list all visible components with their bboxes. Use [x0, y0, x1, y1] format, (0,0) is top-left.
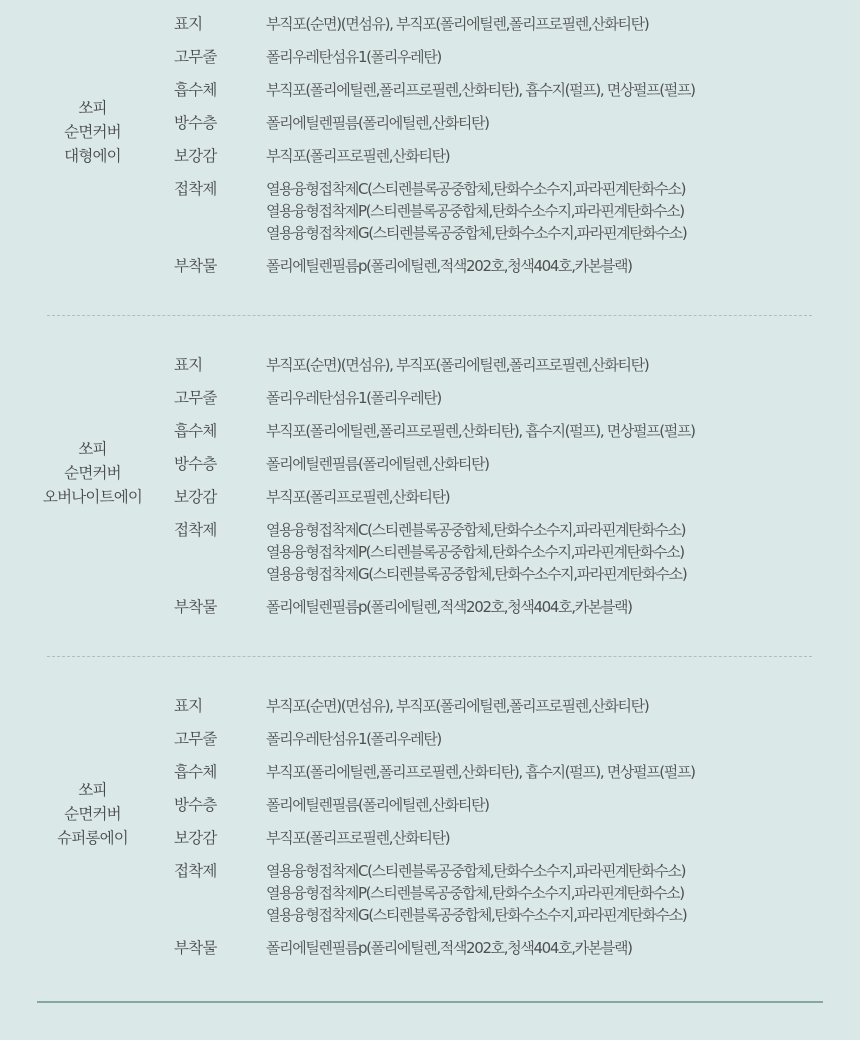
row-value: 폴리우레탄섬유1(폴리우레탄)	[266, 387, 441, 409]
row-value-line: 부직포(순면)(면섬유), 부직포(폴리에틸렌,폴리프로필렌,산화티탄)	[266, 13, 648, 35]
row-value: 폴리에틸렌필름p(폴리에틸렌,적색202호,청색404호,카본블랙)	[266, 255, 632, 277]
row-value-line: 열용융형접착제G(스티렌블록공중합체,탄화수소수지,파라핀계탄화수소)	[266, 904, 686, 926]
row-label: 방수층	[174, 112, 217, 134]
row-value-line: 폴리에틸렌필름p(폴리에틸렌,적색202호,청색404호,카본블랙)	[266, 596, 632, 618]
row-label: 방수층	[174, 453, 217, 475]
product-name: 쏘피 순면커버 오버나이트에이	[30, 437, 155, 509]
row-value-line: 부직포(폴리에틸렌,폴리프로필렌,산화티탄), 흡수지(펄프), 면상펄프(펄프…	[266, 761, 695, 783]
row-value-line: 폴리우레탄섬유1(폴리우레탄)	[266, 387, 441, 409]
row-value: 폴리우레탄섬유1(폴리우레탄)	[266, 46, 441, 68]
row-label: 고무줄	[174, 728, 217, 750]
row-value-line: 열용융형접착제C(스티렌블록공중합체,탄화수소수지,파라핀계탄화수소)	[266, 519, 686, 541]
row-value: 폴리에틸렌필름(폴리에틸렌,산화티탄)	[266, 794, 489, 816]
row-label: 표지	[174, 13, 202, 35]
row-label: 부착물	[174, 255, 217, 277]
row-label: 흡수체	[174, 761, 217, 783]
row-value-line: 부직포(폴리에틸렌,폴리프로필렌,산화티탄), 흡수지(펄프), 면상펄프(펄프…	[266, 420, 695, 442]
row-value: 부직포(순면)(면섬유), 부직포(폴리에틸렌,폴리프로필렌,산화티탄)	[266, 695, 648, 717]
row-value-line: 폴리에틸렌필름(폴리에틸렌,산화티탄)	[266, 453, 489, 475]
product-name-line: 쏘피	[30, 778, 155, 802]
row-value-line: 부직포(폴리프로필렌,산화티탄)	[266, 827, 449, 849]
product-name-line: 순면커버	[30, 802, 155, 826]
row-value-line: 폴리에틸렌필름p(폴리에틸렌,적색202호,청색404호,카본블랙)	[266, 255, 632, 277]
product-name-line: 오버나이트에이	[30, 485, 155, 509]
row-label: 방수층	[174, 794, 217, 816]
row-label: 표지	[174, 695, 202, 717]
row-value: 폴리에틸렌필름(폴리에틸렌,산화티탄)	[266, 112, 489, 134]
row-value: 부직포(폴리에틸렌,폴리프로필렌,산화티탄), 흡수지(펄프), 면상펄프(펄프…	[266, 79, 695, 101]
row-label: 고무줄	[174, 46, 217, 68]
product-name-line: 쏘피	[30, 96, 155, 120]
product-name: 쏘피 순면커버 슈퍼롱에이	[30, 778, 155, 850]
row-value: 부직포(폴리프로필렌,산화티탄)	[266, 827, 449, 849]
row-label: 접착제	[174, 860, 217, 882]
row-value: 폴리에틸렌필름p(폴리에틸렌,적색202호,청색404호,카본블랙)	[266, 596, 632, 618]
row-value-line: 열용융형접착제P(스티렌블록공중합체,탄화수소수지,파라핀계탄화수소)	[266, 541, 686, 563]
row-value: 열용융형접착제C(스티렌블록공중합체,탄화수소수지,파라핀계탄화수소) 열용융형…	[266, 178, 686, 244]
bottom-divider	[37, 1001, 823, 1003]
row-label: 고무줄	[174, 387, 217, 409]
row-value: 부직포(폴리프로필렌,산화티탄)	[266, 145, 449, 167]
row-value-line: 열용융형접착제C(스티렌블록공중합체,탄화수소수지,파라핀계탄화수소)	[266, 178, 686, 200]
row-value: 부직포(폴리프로필렌,산화티탄)	[266, 486, 449, 508]
row-value-line: 폴리우레탄섬유1(폴리우레탄)	[266, 46, 441, 68]
row-value-line: 열용융형접착제C(스티렌블록공중합체,탄화수소수지,파라핀계탄화수소)	[266, 860, 686, 882]
row-value: 부직포(순면)(면섬유), 부직포(폴리에틸렌,폴리프로필렌,산화티탄)	[266, 13, 648, 35]
row-value-line: 열용융형접착제G(스티렌블록공중합체,탄화수소수지,파라핀계탄화수소)	[266, 222, 686, 244]
row-label: 보강감	[174, 827, 217, 849]
row-value: 폴리에틸렌필름(폴리에틸렌,산화티탄)	[266, 453, 489, 475]
row-label: 부착물	[174, 596, 217, 618]
product-name-line: 순면커버	[30, 461, 155, 485]
row-value: 열용융형접착제C(스티렌블록공중합체,탄화수소수지,파라핀계탄화수소) 열용융형…	[266, 519, 686, 585]
product-name-line: 슈퍼롱에이	[30, 826, 155, 850]
row-label: 접착제	[174, 519, 217, 541]
row-value-line: 부직포(폴리프로필렌,산화티탄)	[266, 145, 449, 167]
section-divider	[47, 315, 812, 316]
row-label: 표지	[174, 354, 202, 376]
row-label: 접착제	[174, 178, 217, 200]
row-value-line: 열용융형접착제G(스티렌블록공중합체,탄화수소수지,파라핀계탄화수소)	[266, 563, 686, 585]
row-value-line: 부직포(순면)(면섬유), 부직포(폴리에틸렌,폴리프로필렌,산화티탄)	[266, 695, 648, 717]
row-value-line: 부직포(폴리에틸렌,폴리프로필렌,산화티탄), 흡수지(펄프), 면상펄프(펄프…	[266, 79, 695, 101]
product-name-line: 순면커버	[30, 120, 155, 144]
row-value-line: 폴리우레탄섬유1(폴리우레탄)	[266, 728, 441, 750]
row-value-line: 열용융형접착제P(스티렌블록공중합체,탄화수소수지,파라핀계탄화수소)	[266, 882, 686, 904]
row-label: 보강감	[174, 486, 217, 508]
row-value: 부직포(순면)(면섬유), 부직포(폴리에틸렌,폴리프로필렌,산화티탄)	[266, 354, 648, 376]
row-label: 보강감	[174, 145, 217, 167]
section-divider	[47, 656, 812, 657]
row-value: 폴리에틸렌필름p(폴리에틸렌,적색202호,청색404호,카본블랙)	[266, 937, 632, 959]
row-value-line: 폴리에틸렌필름p(폴리에틸렌,적색202호,청색404호,카본블랙)	[266, 937, 632, 959]
row-label: 흡수체	[174, 420, 217, 442]
row-label: 흡수체	[174, 79, 217, 101]
row-value-line: 폴리에틸렌필름(폴리에틸렌,산화티탄)	[266, 112, 489, 134]
row-value-line: 부직포(폴리프로필렌,산화티탄)	[266, 486, 449, 508]
row-value: 부직포(폴리에틸렌,폴리프로필렌,산화티탄), 흡수지(펄프), 면상펄프(펄프…	[266, 761, 695, 783]
row-label: 부착물	[174, 937, 217, 959]
product-name-line: 쏘피	[30, 437, 155, 461]
row-value-line: 부직포(순면)(면섬유), 부직포(폴리에틸렌,폴리프로필렌,산화티탄)	[266, 354, 648, 376]
row-value: 부직포(폴리에틸렌,폴리프로필렌,산화티탄), 흡수지(펄프), 면상펄프(펄프…	[266, 420, 695, 442]
product-name: 쏘피 순면커버 대형에이	[30, 96, 155, 168]
product-name-line: 대형에이	[30, 144, 155, 168]
row-value: 폴리우레탄섬유1(폴리우레탄)	[266, 728, 441, 750]
row-value-line: 폴리에틸렌필름(폴리에틸렌,산화티탄)	[266, 794, 489, 816]
row-value-line: 열용융형접착제P(스티렌블록공중합체,탄화수소수지,파라핀계탄화수소)	[266, 200, 686, 222]
row-value: 열용융형접착제C(스티렌블록공중합체,탄화수소수지,파라핀계탄화수소) 열용융형…	[266, 860, 686, 926]
